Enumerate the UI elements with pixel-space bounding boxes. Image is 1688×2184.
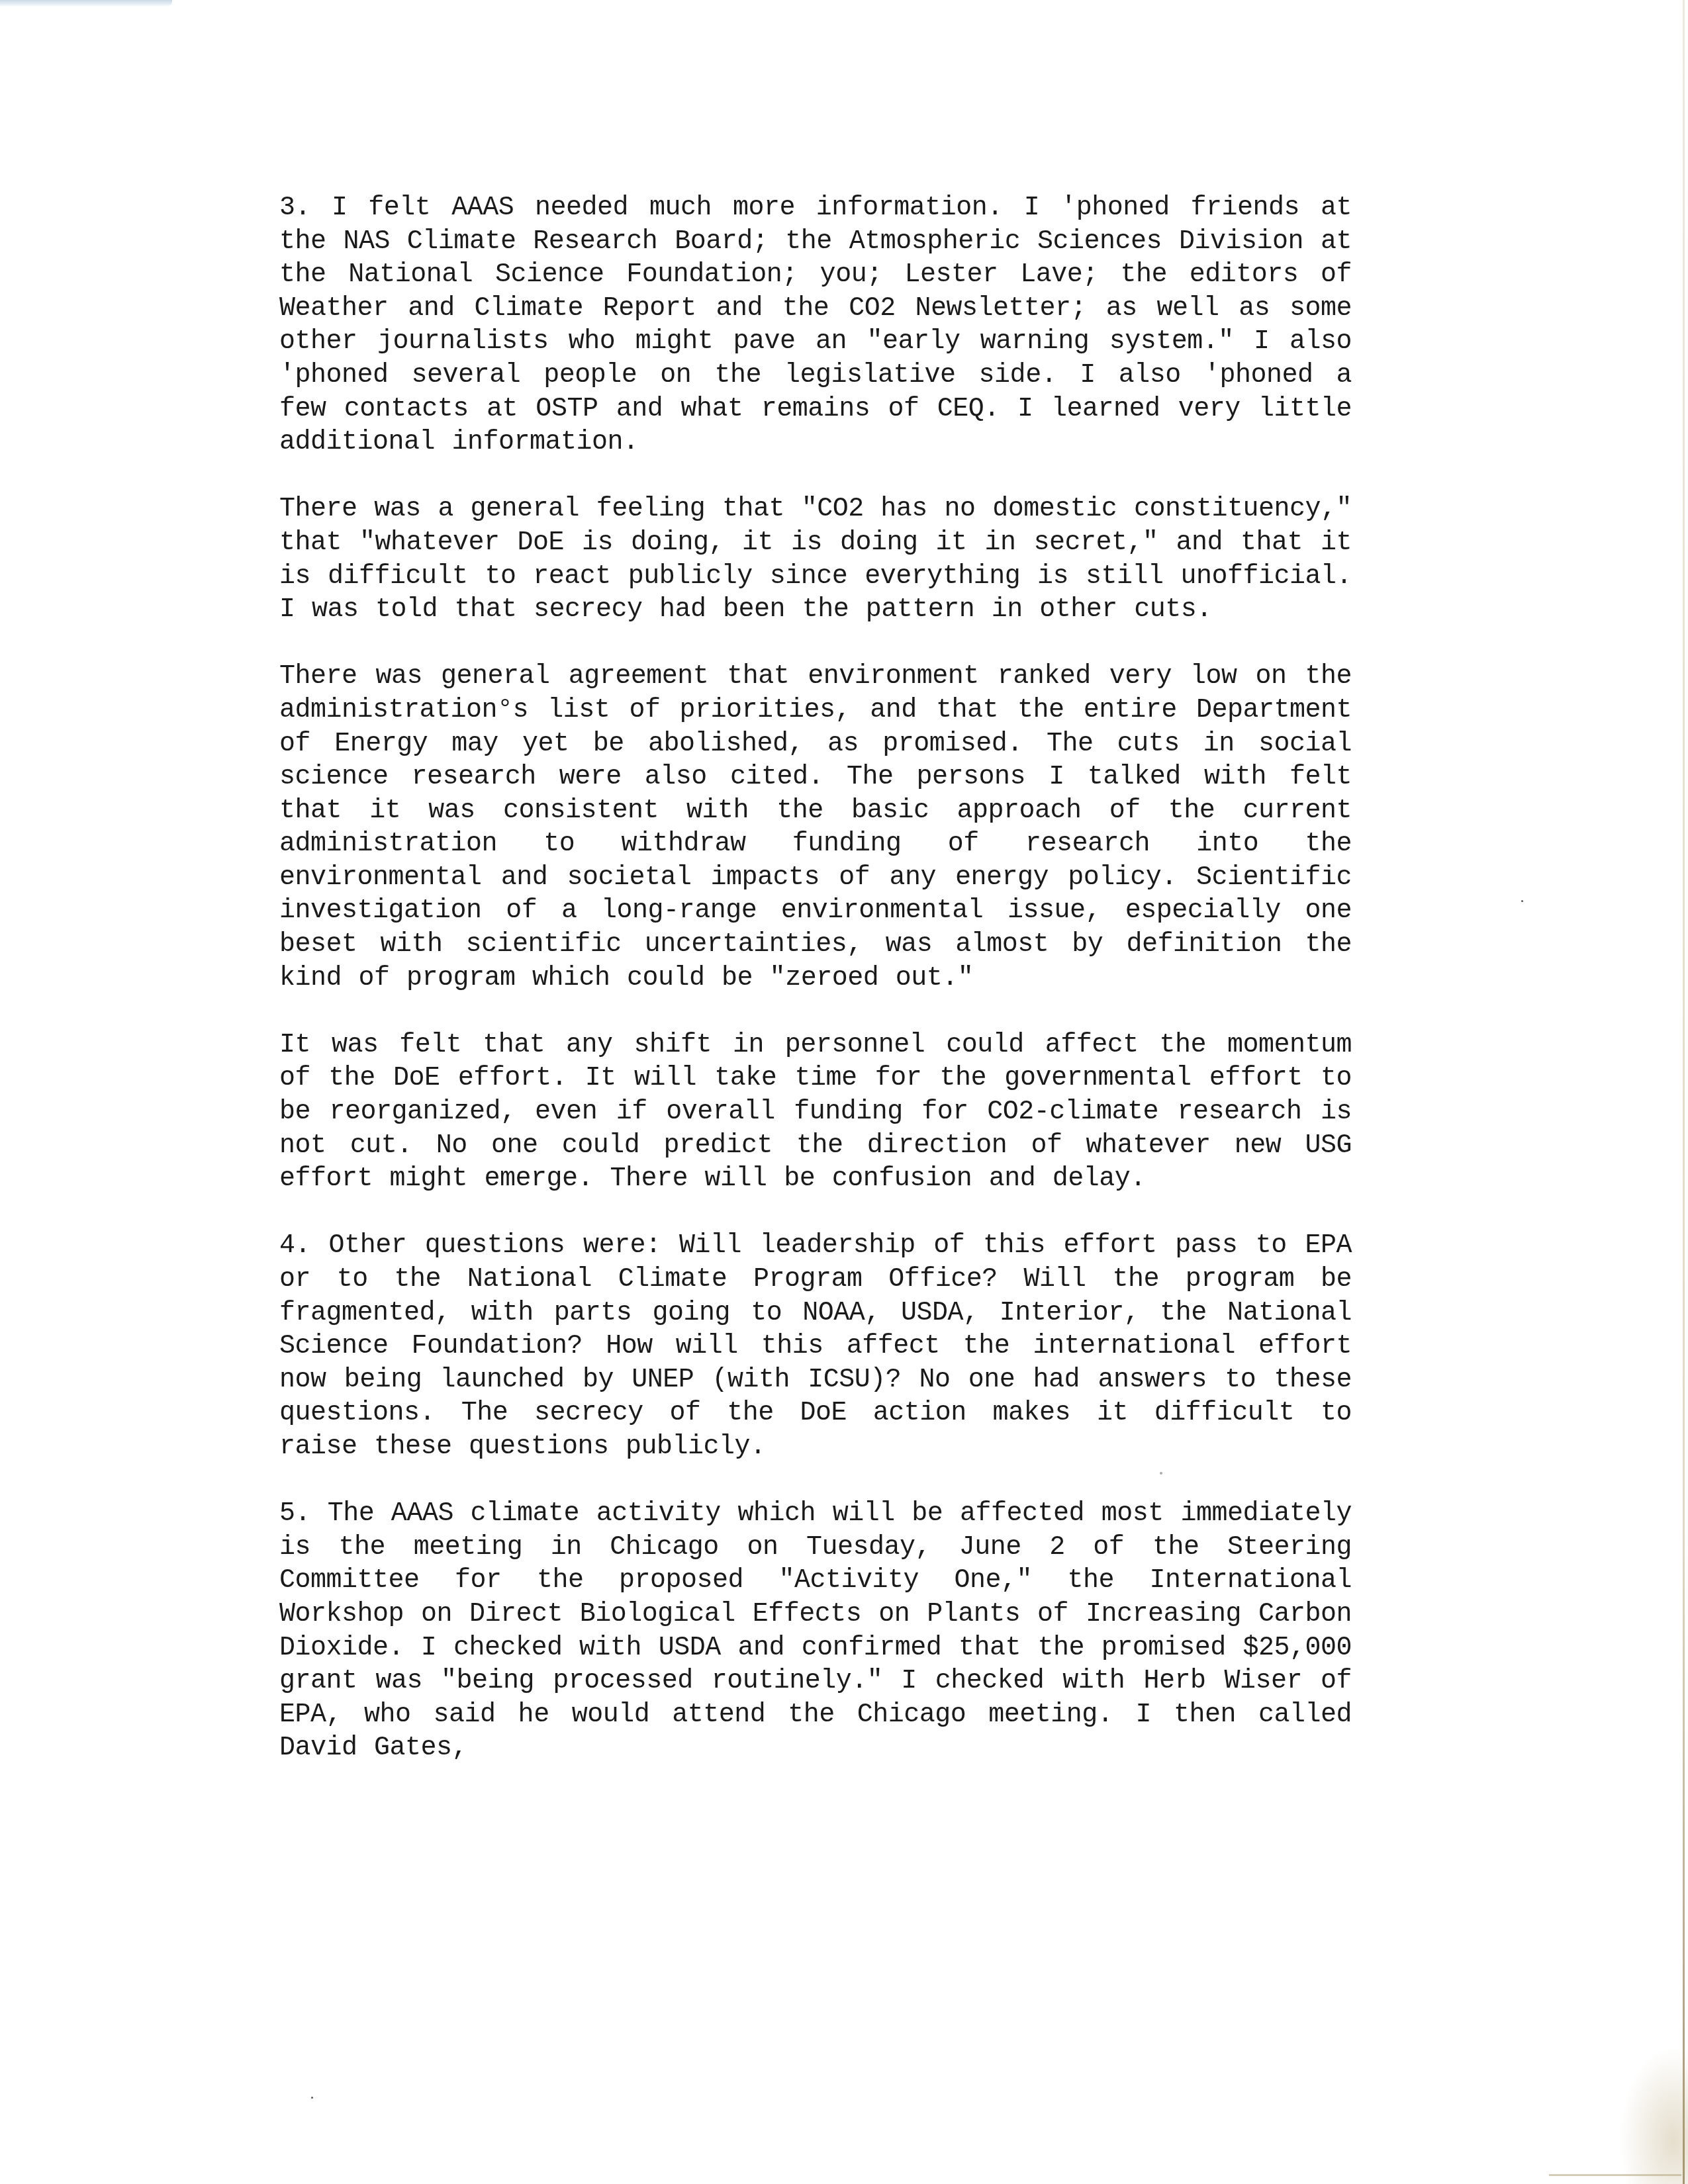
- paragraph-item-4: 4. Other questions were: Will leadership…: [279, 1230, 1352, 1464]
- body-text: 3. I felt AAAS needed much more informat…: [279, 192, 1352, 1799]
- paragraph-item-3: 3. I felt AAAS needed much more informat…: [279, 192, 1352, 460]
- paper-stain: [1615, 2038, 1688, 2184]
- speck: [311, 2097, 313, 2099]
- paper-edge-bottom: [1549, 2174, 1681, 2176]
- paragraph-item-5: 5. The AAAS climate activity which will …: [279, 1498, 1352, 1766]
- paragraph-general-feeling: There was a general feeling that "CO2 ha…: [279, 493, 1352, 627]
- paragraph-general-agreement: There was general agreement that environ…: [279, 660, 1352, 995]
- paper-edge: [1683, 0, 1685, 2184]
- scan-smudge: [0, 0, 172, 7]
- paragraph-personnel-shift: It was felt that any shift in personnel …: [279, 1029, 1352, 1197]
- speck: [1521, 900, 1523, 902]
- document-page: 3. I felt AAAS needed much more informat…: [0, 0, 1688, 2184]
